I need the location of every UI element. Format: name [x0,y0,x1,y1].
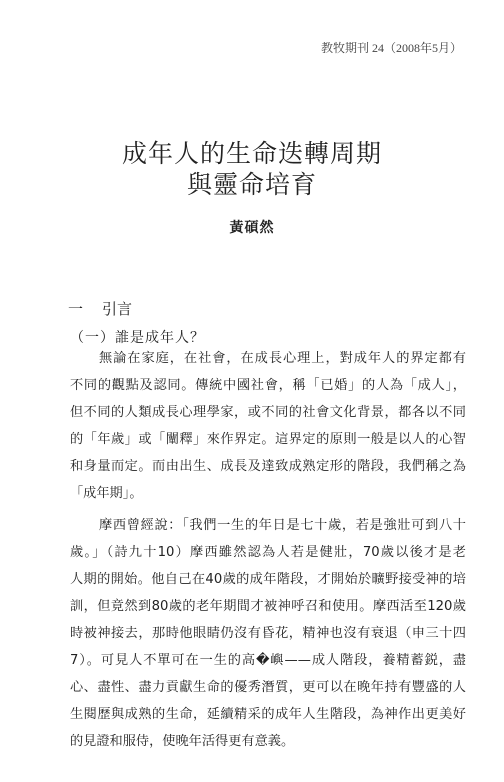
paragraph-line: 時被神接去，那時他眼睛仍沒有昏花，精神也沒有衰退（申三十四 [70,620,466,647]
paragraph-line: 摩西曾經說：「我們一生的年日是七十歲，若是強壯可到八十 [70,512,466,539]
paragraph-line: 心、盡性、盡力貢獻生命的優秀潛質，更可以在晚年持有豐盛的人 [70,674,466,701]
paragraph-line: 和身量而定。而由出生、成長及達致成熟定形的階段，我們稱之為 [70,453,466,480]
paragraph-line: 7）。可見人不單可在一生的高�嶼——成人階段，養精蓄鋭，盡 [70,647,466,674]
section-title: 引言 [102,300,132,318]
article-title: 成年人的生命迭轉周期 與靈命培育 [0,138,504,200]
subsection-heading: （一）誰是成年人？ [70,327,205,347]
paragraph-line: 但不同的人類成長心理學家，或不同的社會文化背景，都各以不同 [70,399,466,426]
paragraph-line: 訓，但竟然到80歲的老年期間才被神呼召和使用。摩西活至120歲 [70,593,466,620]
section-number: 一 [68,298,102,319]
paragraph-line: 不同的觀點及認同。傳統中國社會，稱「已婚」的人為「成人」， [70,372,466,399]
paragraph-line: 生閱歷與成熟的生命，延續精采的成年人生階段，為神作出更美好 [70,701,466,728]
paragraph-line: 「成年期」。 [70,480,466,507]
article-title-line-1: 成年人的生命迭轉周期 [0,138,504,169]
paragraph-line: 的見證和服侍，使晚年活得更有意義。 [70,728,466,755]
article-author: 黃碩然 [0,217,504,237]
paragraph-line: 無論在家庭，在社會，在成長心理上，對成年人的界定都有 [70,345,466,372]
paragraph-line: 人期的開始。他自己在40歲的成年階段，才開始於曠野接受神的培 [70,566,466,593]
section-heading: 一引言 [68,298,132,319]
paragraph-2: 摩西曾經說：「我們一生的年日是七十歲，若是強壯可到八十 歲。」（詩九十10）摩西… [70,512,466,755]
paragraph-1: 無論在家庭，在社會，在成長心理上，對成年人的界定都有 不同的觀點及認同。傳統中國… [70,345,466,507]
paragraph-line: 的「年歲」或「闡釋」來作界定。這界定的原則一般是以人的心智 [70,426,466,453]
article-title-line-2: 與靈命培育 [0,169,504,200]
journal-header: 教牧期刊 24（2008年5月） [321,39,462,56]
paragraph-line: 歲。」（詩九十10）摩西雖然認為人若是健壯，70歲以後才是老 [70,539,466,566]
